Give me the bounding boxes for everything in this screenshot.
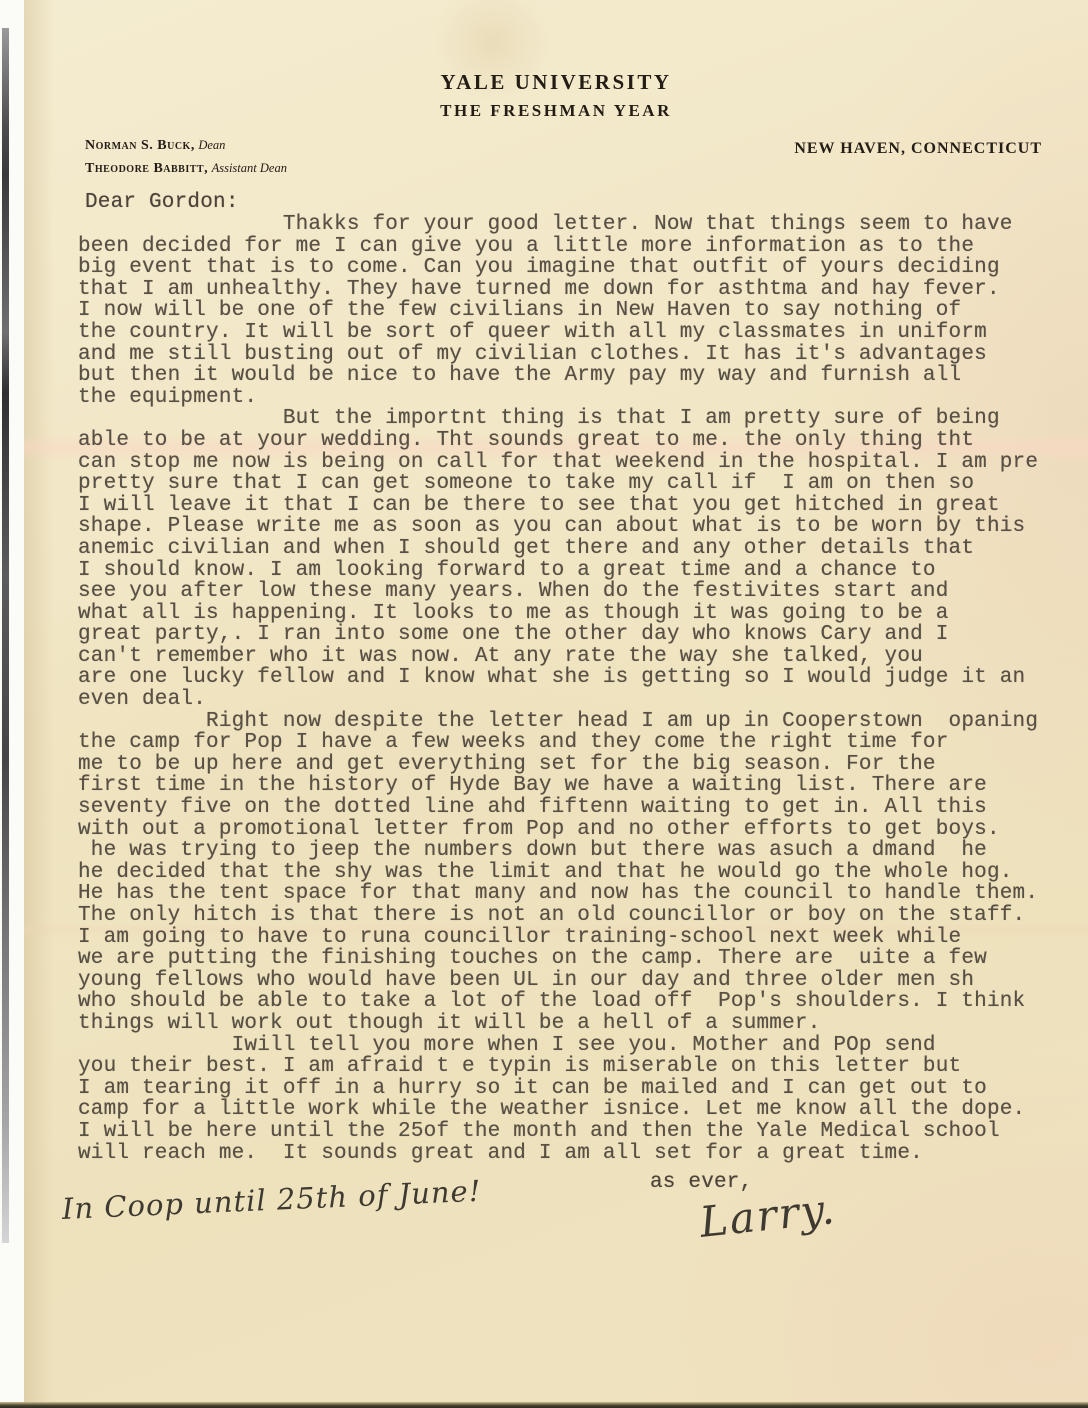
letterhead-office: THE FRESHMAN YEAR — [24, 101, 1088, 121]
typed-line: Thakks for your good letter. Now that th… — [78, 214, 1038, 236]
typed-line: what all is happening. It looks to me as… — [78, 603, 1038, 625]
typed-line: things will work out though it will be a… — [78, 1013, 1038, 1035]
scan-left-edge-strip — [2, 28, 9, 1243]
typed-line: see you after low these many years. When… — [78, 581, 1038, 603]
typed-line: the equipment. — [78, 387, 1038, 409]
typed-line: camp for a little work while the weather… — [78, 1099, 1038, 1121]
official-name: Norman S. Buck, — [85, 138, 195, 153]
typed-line: I am going to have to runa councillor tr… — [78, 927, 1038, 949]
typed-line: he decided that the shy was the limit an… — [78, 862, 1038, 884]
scan-bottom-edge-strip — [0, 1402, 1088, 1408]
typed-line: me to be up here and get everything set … — [78, 754, 1038, 776]
typed-line: young fellows who would have been UL in … — [78, 970, 1038, 992]
typed-line: are one lucky fellow and I know what she… — [78, 667, 1038, 689]
typed-line: been decided for me I can give you a lit… — [78, 236, 1038, 258]
letter-body: Thakks for your good letter. Now that th… — [78, 214, 1038, 1164]
typed-line: he was trying to jeep the numbers down b… — [78, 840, 1038, 862]
typed-line: I will be here until the 25of the month … — [78, 1121, 1038, 1143]
typed-line: the camp for Pop I have a few weeks and … — [78, 732, 1038, 754]
letter-paper: YALE UNIVERSITY THE FRESHMAN YEAR Norman… — [24, 0, 1088, 1402]
letterhead-location: NEW HAVEN, CONNECTICUT — [794, 140, 1042, 158]
typed-line: Right now despite the letter head I am u… — [78, 711, 1038, 733]
typed-line: can stop me now is being on call for tha… — [78, 452, 1038, 474]
typed-line: I will leave it that I can be there to s… — [78, 495, 1038, 517]
official-title: Dean — [198, 138, 225, 152]
closing: as ever, — [650, 1172, 752, 1194]
typed-line: can't remember who it was now. At any ra… — [78, 646, 1038, 668]
typed-line: Iwill tell you more when I see you. Moth… — [78, 1035, 1038, 1057]
typed-line: anemic civilian and when I should get th… — [78, 538, 1038, 560]
handwritten-note: In Coop until 25th of June! — [61, 1174, 482, 1226]
letterhead-officials: Norman S. Buck, Dean Theodore Babbitt, A… — [85, 134, 287, 180]
typed-line: with out a promotional letter from Pop a… — [78, 819, 1038, 841]
typed-line: but then it would be nice to have the Ar… — [78, 365, 1038, 387]
typed-line: I should know. I am looking forward to a… — [78, 560, 1038, 582]
typed-line: and me still busting out of my civilian … — [78, 344, 1038, 366]
typed-line: pretty sure that I can get someone to ta… — [78, 473, 1038, 495]
official-assistant-dean: Theodore Babbitt, Assistant Dean — [85, 157, 287, 180]
typed-line: I am tearing it off in a hurry so it can… — [78, 1078, 1038, 1100]
typed-line: even deal. — [78, 689, 1038, 711]
typed-line: great party,. I ran into some one the ot… — [78, 624, 1038, 646]
typed-line: you their best. I am afraid t e typin is… — [78, 1056, 1038, 1078]
typed-line: He has the tent space for that many and … — [78, 883, 1038, 905]
typed-line: But the importnt thing is that I am pret… — [78, 408, 1038, 430]
typed-line: shape. Please write me as soon as you ca… — [78, 516, 1038, 538]
typed-line: that I am unhealthy. They have turned me… — [78, 279, 1038, 301]
typed-line: who should be able to take a lot of the … — [78, 991, 1038, 1013]
typed-line: able to be at your wedding. Tht sounds g… — [78, 430, 1038, 452]
typed-line: big event that is to come. Can you imagi… — [78, 257, 1038, 279]
typed-line: The only hitch is that there is not an o… — [78, 905, 1038, 927]
letterhead-university: YALE UNIVERSITY — [24, 70, 1088, 95]
typed-line: the country. It will be sort of queer wi… — [78, 322, 1038, 344]
typed-line: first time in the history of Hyde Bay we… — [78, 775, 1038, 797]
salutation: Dear Gordon: — [85, 192, 239, 214]
typed-line: will reach me. It sounds great and I am … — [78, 1143, 1038, 1165]
typed-line: seventy five on the dotted line ahd fift… — [78, 797, 1038, 819]
letter-scan: YALE UNIVERSITY THE FRESHMAN YEAR Norman… — [0, 0, 1088, 1408]
typed-line: I now will be one of the few civilians i… — [78, 300, 1038, 322]
official-name: Theodore Babbitt, — [85, 161, 208, 176]
official-title: Assistant Dean — [212, 161, 287, 175]
official-dean: Norman S. Buck, Dean — [85, 134, 287, 157]
typed-line: we are putting the finishing touches on … — [78, 948, 1038, 970]
